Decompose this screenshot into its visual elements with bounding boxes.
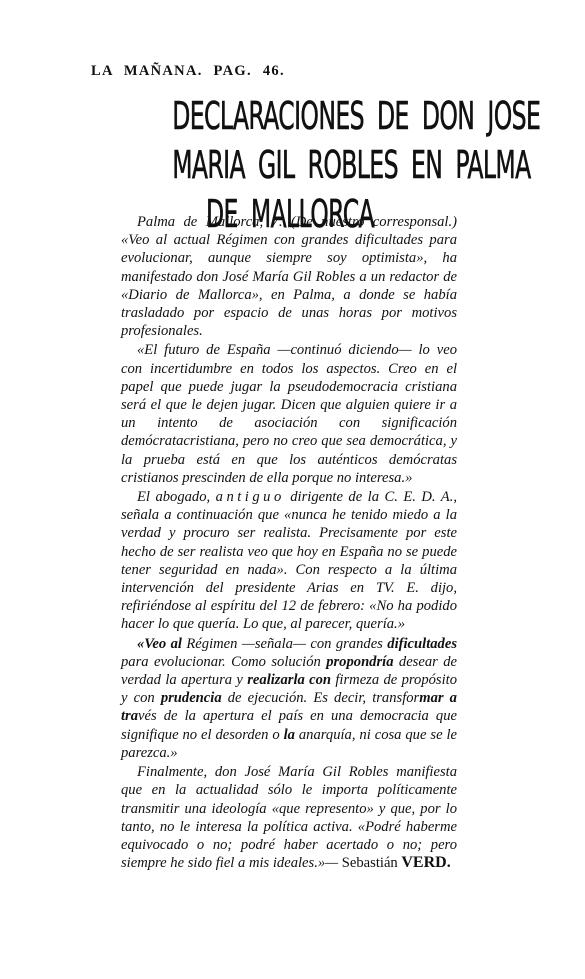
paragraph-future-of-spain: «El futuro de España —continuó dicien­do…	[121, 341, 457, 487]
bold-text: propondría	[326, 654, 393, 670]
spaced-word: antiguo	[216, 489, 285, 505]
headline-line-2: MARIA GIL ROBLES EN PALMA	[172, 141, 408, 190]
author-last-name: VERD.	[401, 854, 450, 871]
paragraph-finally: Finalmente, don José María Gil Robles ma…	[121, 763, 457, 872]
paragraph-text: dirigente de la C. E. D. A., señala a co…	[121, 489, 457, 632]
bold-text: la	[284, 727, 295, 743]
paragraph-text: para evolucionar. Como solución	[121, 654, 326, 670]
paragraph-ceda: El abogado, antiguo dirigente de la C. E…	[121, 488, 457, 634]
paragraph-dateline: Palma de Mallorca, 7. (De nuestro co­rre…	[121, 213, 457, 340]
bold-text: prudencia	[161, 690, 222, 706]
paragraph-text: Palma de Mallorca, 7. (De nuestro co­rre…	[121, 214, 457, 339]
newspaper-masthead: LA MAÑANA. PAG. 46.	[91, 63, 285, 80]
headline-line-1: DECLARACIONES DE DON JOSE	[172, 92, 408, 141]
paragraph-text: El abogado,	[137, 489, 216, 505]
author-first-name: Sebastián	[342, 855, 402, 871]
bold-text: realizarla con	[247, 672, 331, 688]
author-signature: Sebastián VERD.	[342, 855, 451, 871]
bold-text: «Veo al	[137, 636, 182, 652]
paragraph-regime: «Veo al Régimen —señala— con grandes dif…	[121, 635, 457, 762]
paragraph-text: de ejecución. Es decir, transfor­	[222, 690, 420, 706]
article-body: Palma de Mallorca, 7. (De nuestro co­rre…	[121, 213, 457, 872]
bold-text: dificultades	[387, 636, 457, 652]
paragraph-text: «El futuro de España —continuó dicien­do…	[121, 342, 457, 485]
paragraph-text: Régimen —señala— con grandes	[182, 636, 387, 652]
